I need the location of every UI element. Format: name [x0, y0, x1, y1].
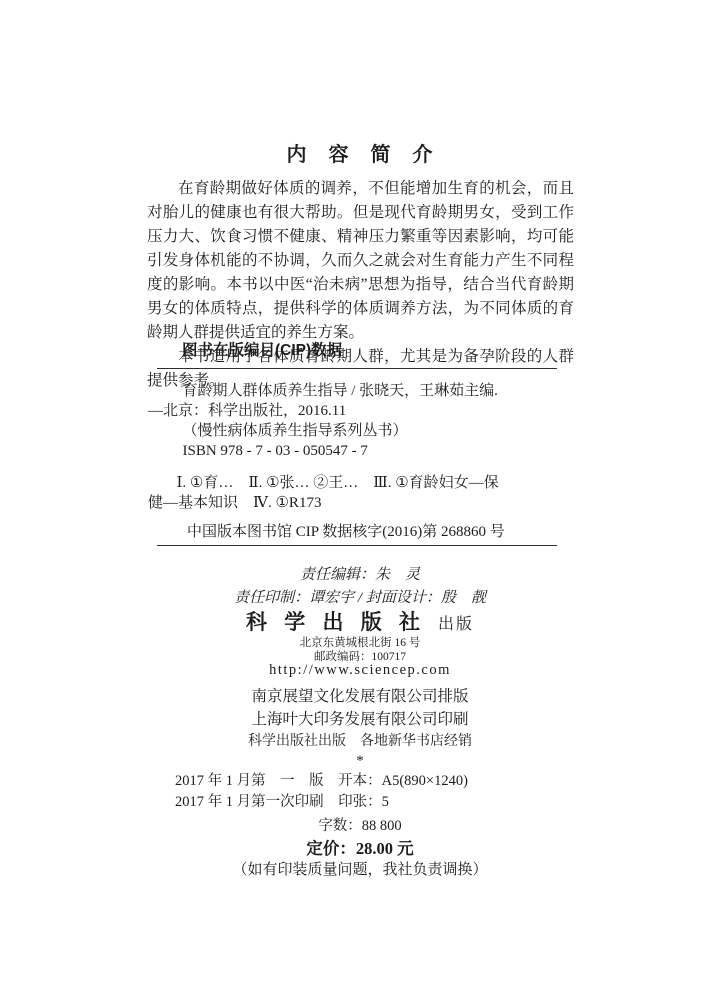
cip-heading: 图书在版编目(CIP)数据 — [182, 338, 342, 360]
publisher-website: http://www.sciencep.com — [0, 662, 720, 679]
quality-exchange-note: （如有印装质量问题，我社负责调换） — [0, 858, 720, 879]
separator-asterisk: * — [0, 753, 720, 770]
cip-publisher-line: —北京：科学出版社，2016.11 — [148, 401, 562, 421]
intro-section: 在育龄期做好体质的调养，不但能增加生育的机会，而且对胎儿的健康也有很大帮助。但是… — [147, 177, 574, 393]
typesetting-company-line: 南京展望文化发展有限公司排版 — [0, 684, 720, 706]
page-title: 内 容 简 介 — [0, 138, 720, 167]
publisher-imprint-suffix: 出版 — [438, 616, 474, 633]
cip-rule-bottom — [157, 545, 557, 546]
cip-record-number-line: 中国版本图书馆 CIP 数据核字(2016)第 268860 号 — [148, 522, 562, 542]
word-count-line: 字数：88 800 — [0, 814, 720, 835]
cip-classification-line-1: Ⅰ. ①育… Ⅱ. ①张… ②王… Ⅲ. ①育龄妇女—保 — [148, 473, 562, 493]
first-edition-line: 2017 年 1 月第 一 版 开本：A5(890×1240) — [175, 771, 468, 792]
book-copyright-page: 内 容 简 介 在育龄期做好体质的调养，不但能增加生育的机会，而且对胎儿的健康也… — [0, 0, 720, 1000]
publisher-imprint-line: 科 学 出 版 社 出版 — [0, 606, 720, 636]
cip-rule-top — [157, 368, 557, 369]
cip-isbn-line: ISBN 978 - 7 - 03 - 050547 - 7 — [148, 441, 562, 461]
cip-title-line: 育龄期人群体质养生指导 / 张晓天，王琳茹主编. — [148, 381, 562, 401]
publisher-logotype: 科 学 出 版 社 — [246, 610, 426, 634]
intro-paragraph-1: 在育龄期做好体质的调养，不但能增加生育的机会，而且对胎儿的健康也有很大帮助。但是… — [147, 177, 574, 345]
cip-series-line: （慢性病体质养生指导系列丛书） — [148, 421, 562, 441]
edition-info-block: 2017 年 1 月第 一 版 开本：A5(890×1240) 2017 年 1… — [175, 771, 468, 813]
price-line: 定价：28.00 元 — [0, 835, 720, 859]
first-printing-line: 2017 年 1 月第一次印刷 印张：5 — [175, 792, 468, 813]
responsible-editor-line: 责任编辑：朱 灵 — [0, 564, 720, 587]
distribution-line: 科学出版社出版 各地新华书店经销 — [0, 730, 720, 750]
cip-classification-line-2: 健—基本知识 Ⅳ. ①R173 — [148, 493, 562, 513]
printing-company-line: 上海叶大印务发展有限公司印刷 — [0, 707, 720, 729]
credits-section: 责任编辑：朱 灵 责任印制：谭宏宇 / 封面设计：殷 靓 — [0, 564, 720, 610]
cip-block: 育龄期人群体质养生指导 / 张晓天，王琳茹主编. —北京：科学出版社，2016.… — [148, 381, 562, 542]
